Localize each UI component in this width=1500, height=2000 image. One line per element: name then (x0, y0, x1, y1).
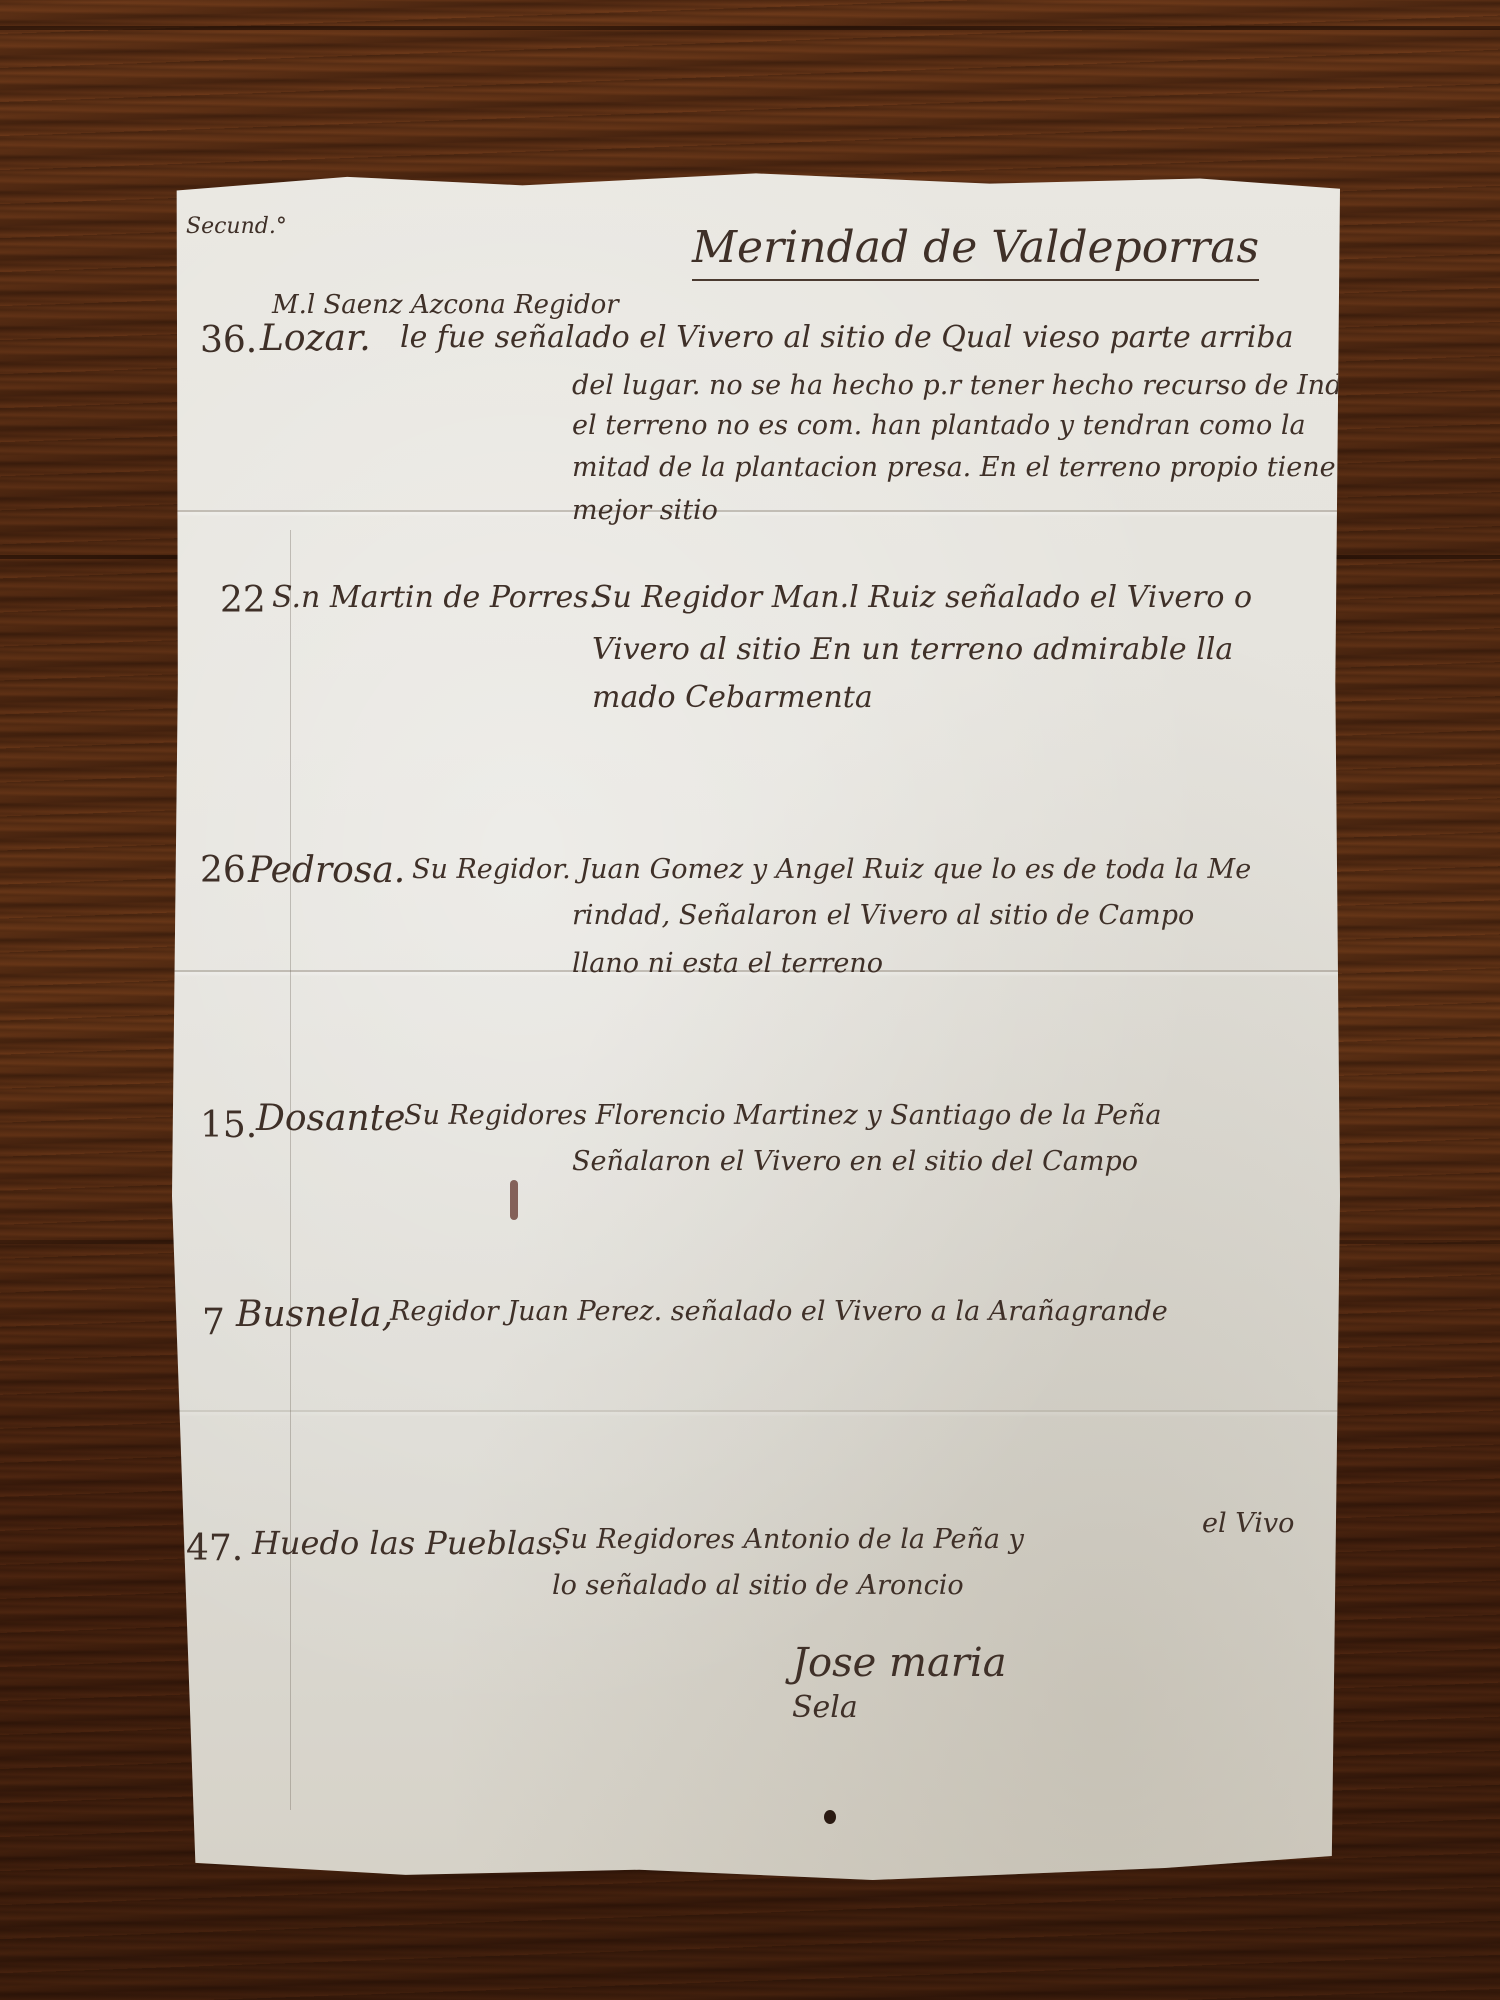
entry-line: el terreno no es com. han plantado y ten… (572, 410, 1306, 441)
entry-line: Su Regidor. Juan Gomez y Angel Ruiz que … (412, 854, 1251, 885)
entry-place: Pedrosa. (248, 850, 405, 891)
table-seam (0, 26, 1500, 30)
entry-number: 36. (200, 320, 257, 361)
entry-line: mado Cebarmenta (592, 680, 873, 715)
corner-note: Secund.° (186, 214, 287, 239)
entry-line: Su Regidor Man.l Ruiz señalado el Vivero… (592, 580, 1252, 615)
entry-place: Busnela, (236, 1294, 393, 1335)
entry-line: mejor sitio (572, 495, 718, 526)
signature-mark: Sela (792, 1690, 858, 1725)
entry-line: llano ni esta el terreno (572, 948, 883, 979)
entry-line: Señalaron el Vivero en el sitio del Camp… (572, 1146, 1138, 1177)
ink-blot (510, 1180, 518, 1220)
paper-fold (172, 1410, 1340, 1412)
margin-note: el Vivo (1202, 1508, 1294, 1539)
entry-number: 7 (202, 1302, 225, 1343)
entry-line: mitad de la plantacion presa. En el terr… (572, 452, 1353, 483)
entry-number: 15. (200, 1105, 257, 1146)
entry-line: rindad, Señalaron el Vivero al sitio de … (572, 900, 1194, 931)
paper-fold (172, 510, 1340, 512)
entry-line: le fue señalado el Vivero al sitio de Qu… (400, 320, 1294, 355)
entry-line: Vivero al sitio En un terreno admirable … (592, 632, 1233, 667)
entry-place: S.n Martin de Porres. (272, 580, 598, 615)
signature-name: Jose maria (792, 1640, 1007, 1686)
entry-number: 22 (220, 580, 266, 621)
entry-number: 47. (186, 1528, 243, 1569)
entry-line: lo señalado al sitio de Aroncio (552, 1570, 964, 1601)
page-title: Merindad de Valdeporras (692, 222, 1259, 281)
entry-line: Regidor Juan Perez. señalado el Vivero a… (390, 1296, 1168, 1327)
entry-line: Su Regidores Florencio Martinez y Santia… (404, 1100, 1161, 1131)
entry-line: del lugar. no se ha hecho p.r tener hech… (572, 370, 1396, 401)
entry-place: Dosante (256, 1098, 405, 1139)
margin-line (290, 530, 291, 1810)
entry-place: Lozar. (260, 318, 371, 359)
entry-line: Su Regidores Antonio de la Peña y (552, 1524, 1024, 1555)
manuscript-page: Secund.° Merindad de Valdeporras M.l Sae… (172, 170, 1340, 1880)
entry-place: Huedo las Pueblas. (252, 1524, 563, 1562)
ink-blot (824, 1810, 836, 1824)
entry-number: 26 (200, 850, 246, 891)
heading-note: M.l Saenz Azcona Regidor (272, 290, 619, 320)
